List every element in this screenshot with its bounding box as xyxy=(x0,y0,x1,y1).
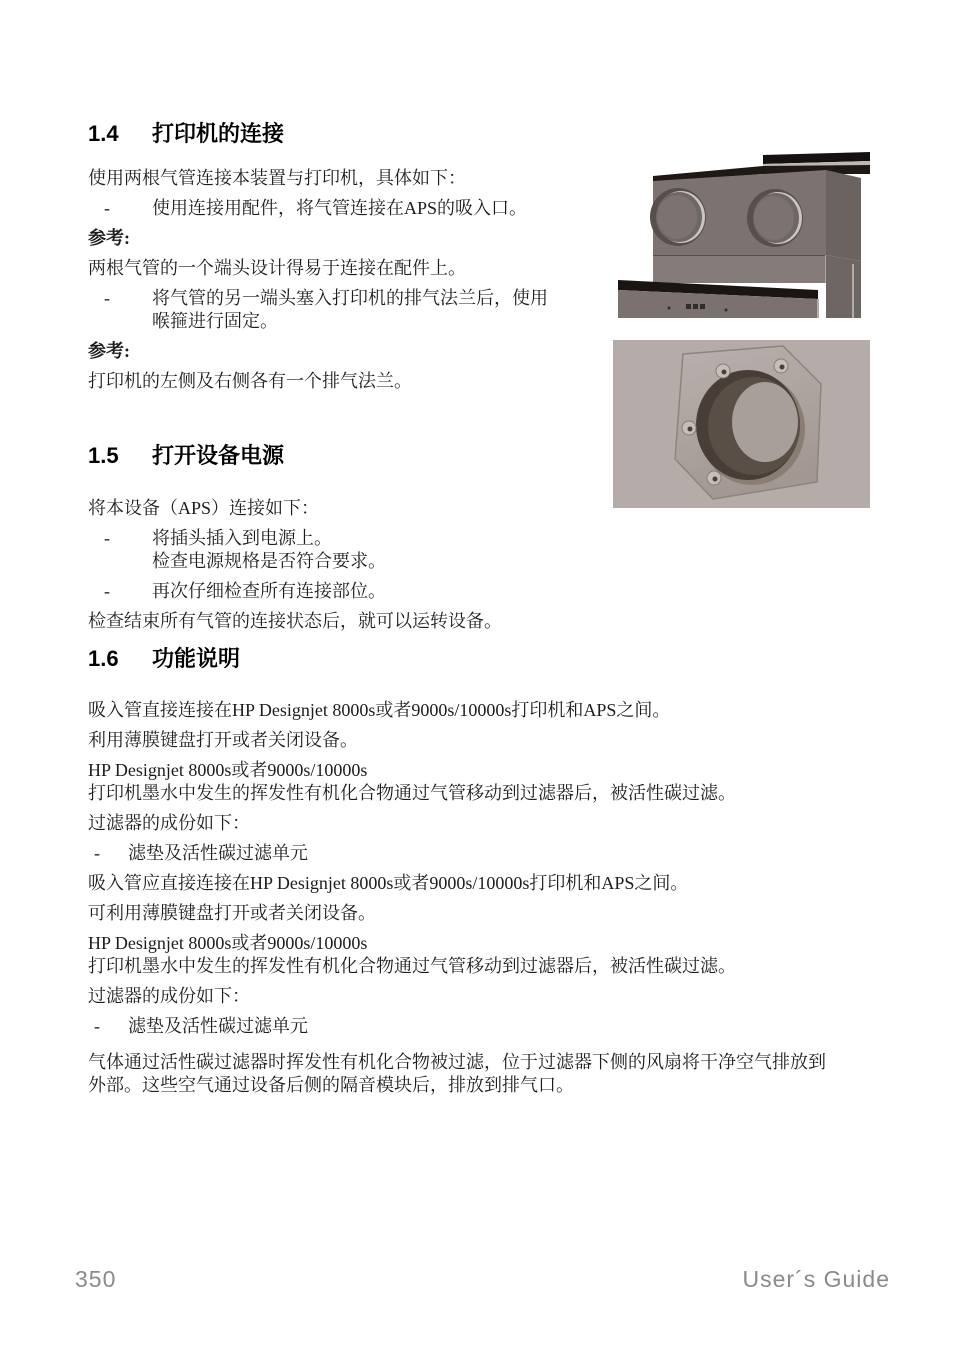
section-1-4-heading: 1.4 打印机的连接 xyxy=(88,121,888,146)
screw-top-left xyxy=(716,364,730,378)
printer-connection-figure xyxy=(613,152,870,323)
paragraph: 吸入管应直接连接在HP Designjet 8000s或者9000s/10000… xyxy=(88,872,888,895)
bullet-dash: - xyxy=(88,197,152,220)
paragraph: 过滤器的成份如下： xyxy=(88,985,888,1008)
section-number: 1.6 xyxy=(88,646,152,671)
paragraph: 可利用薄膜键盘打开或者关闭设备。 xyxy=(88,902,888,925)
bullet-text-line-1: 将插头插入到电源上。 xyxy=(152,528,332,548)
bullet-text: 滤垫及活性碳过滤单元 xyxy=(128,842,888,865)
exhaust-flange-figure xyxy=(613,340,870,513)
paragraph-line-2: 外部。这些空气通过设备后侧的隔音模块后，排放到排气口。 xyxy=(88,1075,574,1095)
section-title: 功能说明 xyxy=(152,646,240,671)
paragraph: HP Designjet 8000s或者9000s/10000s打印机墨水中发生… xyxy=(88,932,888,978)
bullet-text-line-2: 检查电源规格是否符合要求。 xyxy=(152,551,386,571)
bullet-text: 将插头插入到电源上。检查电源规格是否符合要求。 xyxy=(152,527,888,573)
bullet-item: - 滤垫及活性碳过滤单元 xyxy=(88,842,888,865)
bullet-dash: - xyxy=(88,580,152,603)
paragraph: 利用薄膜键盘打开或者关闭设备。 xyxy=(88,729,888,752)
screw-top-right xyxy=(774,359,788,373)
paragraph-line-1: HP Designjet 8000s或者9000s/10000s xyxy=(88,933,367,953)
bullet-dash: - xyxy=(88,527,152,573)
paragraph-line-2: 打印机墨水中发生的挥发性有机化合物通过气管移动到过滤器后，被活性碳过滤。 xyxy=(88,783,736,803)
paragraph: 过滤器的成份如下： xyxy=(88,812,888,835)
bullet-dash: - xyxy=(88,842,128,865)
paragraph: 吸入管直接连接在HP Designjet 8000s或者9000s/10000s… xyxy=(88,699,888,722)
paragraph: 气体通过活性碳过滤器时挥发性有机化合物被过滤，位于过滤器下侧的风扇将干净空气排放… xyxy=(88,1051,888,1097)
bullet-text: 滤垫及活性碳过滤单元 xyxy=(128,1015,888,1038)
section-number: 1.4 xyxy=(88,121,152,146)
intake-port-left xyxy=(650,188,706,246)
screw-left xyxy=(682,421,696,435)
paragraph-line-1: HP Designjet 8000s或者9000s/10000s xyxy=(88,760,367,780)
bullet-text: 再次仔细检查所有连接部位。 xyxy=(152,580,888,603)
section-1-6: 1.6 功能说明 吸入管直接连接在HP Designjet 8000s或者900… xyxy=(88,646,888,1097)
bullet-item: - 再次仔细检查所有连接部位。 xyxy=(88,580,888,603)
bullet-text-line-2: 喉箍进行固定。 xyxy=(152,311,278,331)
bullet-item: - 将插头插入到电源上。检查电源规格是否符合要求。 xyxy=(88,527,888,573)
bullet-dash: - xyxy=(88,287,152,333)
bullet-dash: - xyxy=(88,1015,128,1038)
bullet-item: - 滤垫及活性碳过滤单元 xyxy=(88,1015,888,1038)
paragraph: 检查结束所有气管的连接状态后，就可以运转设备。 xyxy=(88,610,888,633)
printer-render-svg xyxy=(613,152,870,318)
manual-page: 1.4 打印机的连接 使用两根气管连接本装置与打印机，具体如下： - 使用连接用… xyxy=(0,0,954,1350)
paragraph: HP Designjet 8000s或者9000s/10000s打印机墨水中发生… xyxy=(88,759,888,805)
paragraph-line-2: 打印机墨水中发生的挥发性有机化合物通过气管移动到过滤器后，被活性碳过滤。 xyxy=(88,956,736,976)
section-title: 打开设备电源 xyxy=(152,443,284,468)
section-1-6-heading: 1.6 功能说明 xyxy=(88,646,888,671)
page-number: 350 xyxy=(75,1266,116,1293)
bullet-text-line-1: 将气管的另一端头塞入打印机的排气法兰后，使用 xyxy=(152,288,548,308)
page-footer: 350 User´s Guide xyxy=(75,1266,890,1293)
section-number: 1.5 xyxy=(88,443,152,468)
paragraph-line-1: 气体通过活性碳过滤器时挥发性有机化合物被过滤，位于过滤器下侧的风扇将干净空气排放… xyxy=(88,1052,826,1072)
doc-title: User´s Guide xyxy=(743,1266,890,1293)
intake-port-right xyxy=(747,189,803,247)
flange-render-svg xyxy=(613,340,870,508)
screw-bottom-left xyxy=(707,471,721,485)
section-title: 打印机的连接 xyxy=(152,121,284,146)
